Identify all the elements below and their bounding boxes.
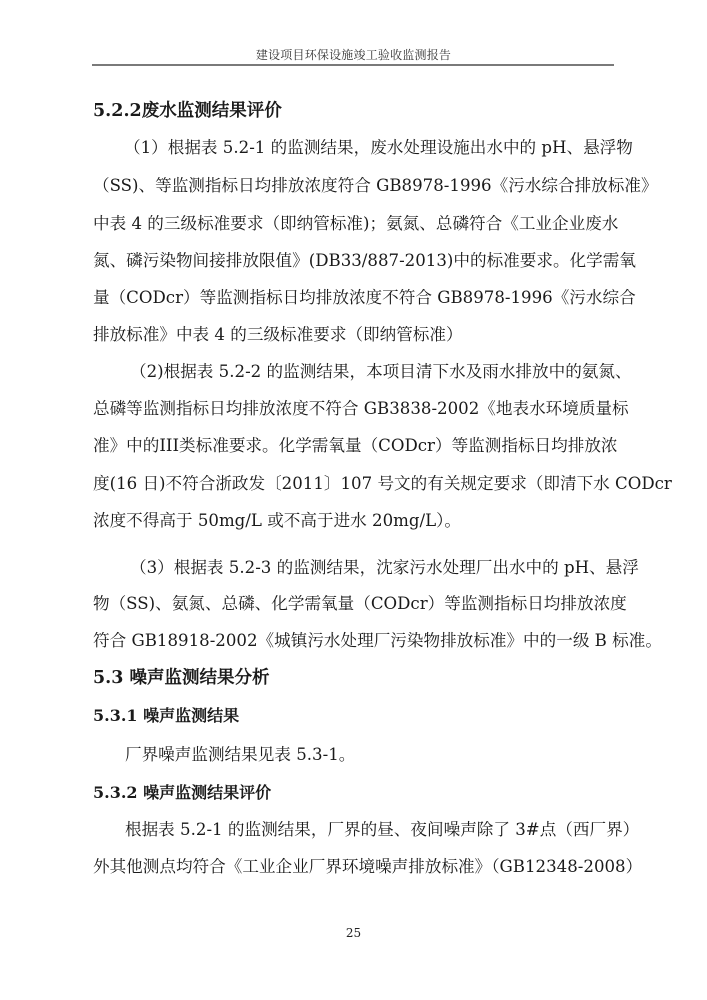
paragraph-line: 外其他测点均符合《工业企业厂界环境噪声排放标准》（GB12348-2008） [93, 857, 614, 877]
paragraph-line: 排放标准》中表 4 的三级标准要求（即纳管标准） [93, 325, 614, 345]
section-heading-5-3-2: 5.3.2 噪声监测结果评价 [93, 782, 271, 804]
paragraph-line: 中表 4 的三级标准要求（即纳管标准)；氨氮、总磷符合《工业企业废水 [93, 214, 614, 234]
paragraph-line: 符合 GB18918-2002《城镇污水处理厂污染物排放标准》中的一级 B 标准… [93, 631, 614, 651]
header-divider [92, 64, 614, 66]
paragraph-line: （2)根据表 5.2-2 的监测结果，本项目清下水及雨水排放中的氨氮、 [130, 362, 614, 382]
paragraph-line: （1）根据表 5.2-1 的监测结果，废水处理设施出水中的 pH、悬浮物 [124, 138, 614, 158]
paragraph-line: 量（CODcr）等监测指标日均排放浓度不符合 GB8978-1996《污水综合 [93, 288, 614, 308]
page-number: 25 [0, 926, 707, 940]
paragraph-line: 准》中的III类标准要求。化学需氧量（CODcr）等监测指标日均排放浓 [93, 436, 614, 456]
section-heading-5-3: 5.3 噪声监测结果分析 [93, 667, 270, 689]
paragraph-line: 度(16 日)不符合浙政发〔2011〕107 号文的有关规定要求（即清下水 CO… [93, 474, 614, 494]
paragraph-line: 物（SS)、氨氮、总磷、化学需氧量（CODcr）等监测指标日均排放浓度 [93, 594, 614, 614]
paragraph-line: 根据表 5.2-1 的监测结果，厂界的昼、夜间噪声除了 3#点（西厂界） [125, 820, 614, 840]
paragraph-line: 浓度不得高于 50mg/L 或不高于进水 20mg/L）。 [93, 511, 614, 531]
paragraph-line: 氮、磷污染物间接排放限值》(DB33/887-2013)中的标准要求。化学需氧 [93, 251, 614, 271]
section-heading-5-3-1: 5.3.1 噪声监测结果 [93, 705, 239, 727]
section-heading-5-2-2: 5.2.2废水监测结果评价 [93, 100, 282, 122]
paragraph-line: 厂界噪声监测结果见表 5.3-1。 [125, 745, 614, 765]
report-title: 建设项目环保设施竣工验收监测报告 [0, 46, 707, 63]
paragraph-line: 总磷等监测指标日均排放浓度不符合 GB3838-2002《地表水环境质量标 [93, 399, 614, 419]
paragraph-line: （SS)、等监测指标日均排放浓度符合 GB8978-1996《污水综合排放标准》 [93, 176, 614, 196]
paragraph-line: （3）根据表 5.2-3 的监测结果，沈家污水处理厂出水中的 pH、悬浮 [130, 558, 614, 578]
